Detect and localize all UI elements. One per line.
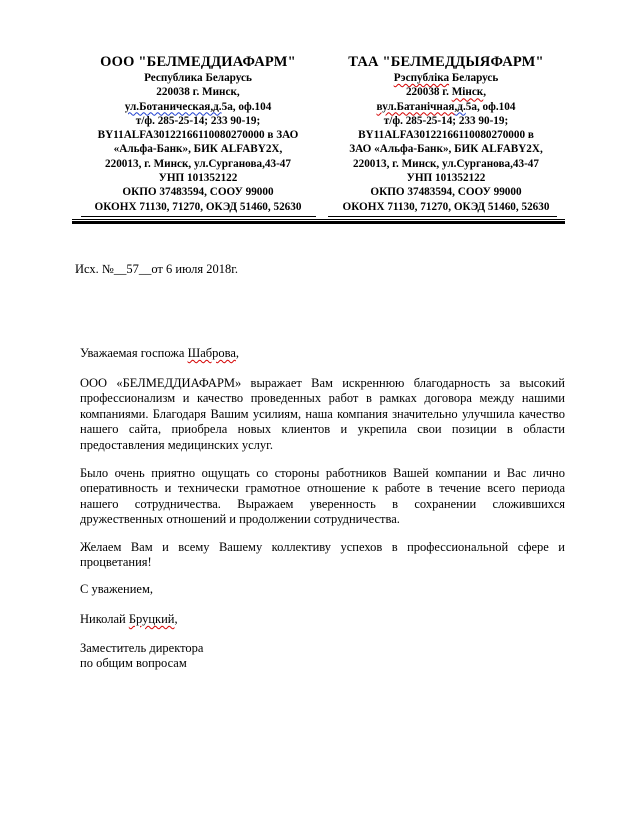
- country: Рэспубліка Беларусь: [322, 71, 570, 85]
- country-word: Рэспубліка: [394, 72, 449, 84]
- company-name-ru: ООО "БЕЛМЕДДИАФАРМ": [72, 54, 324, 71]
- bank-name: «Альфа-Банк», БИК ALFABY2X,: [72, 142, 324, 156]
- city-word: Мінск: [452, 86, 484, 98]
- paragraph-cooperation: Было очень приятно ощущать со стороны ра…: [80, 466, 565, 528]
- divider-left: [81, 216, 316, 217]
- phone: т/ф. 285-25-14; 233 90-19;: [72, 114, 324, 128]
- street-address: ул.Ботаническая,д.5а, оф.104: [72, 100, 324, 114]
- signer-name: Николай Бруцкий,: [80, 612, 565, 627]
- okonh: ОКОНХ 71130, 71270, ОКЭД 51460, 52630: [322, 200, 570, 214]
- outgoing-reference: Исх. №__57__от 6 июля 2018г.: [75, 262, 238, 277]
- position-line-2: по общим вопросам: [80, 656, 565, 671]
- street-address: вул.Батанічная,д.5а, оф.104: [322, 100, 570, 114]
- street-address-text: ул.Ботаническая,д.: [125, 101, 222, 113]
- bank-address: 220013, г. Минск, ул.Сурганова,43-47: [322, 157, 570, 171]
- country: Республика Беларусь: [72, 71, 324, 85]
- paragraph-gratitude: ООО «БЕЛМЕДДИАФАРМ» выражает Вам искренн…: [80, 376, 565, 453]
- unp: УНП 101352122: [72, 171, 324, 185]
- letterhead-right: ТАА "БЕЛМЕДДЫЯФАРМ" Рэспубліка Беларусь …: [322, 54, 570, 214]
- greeting-punct: ,: [236, 346, 239, 360]
- recipient-name: Шаброва: [188, 346, 236, 360]
- signer-last-name: Бруцкий: [129, 612, 175, 626]
- street-house: ,д.: [454, 101, 465, 113]
- signer-punct: ,: [175, 612, 178, 626]
- greeting-text: Уважаемая госпожа: [80, 346, 188, 360]
- letterhead-left: ООО "БЕЛМЕДДИАФАРМ" Республика Беларусь …: [72, 54, 324, 214]
- company-name-by: ТАА "БЕЛМЕДДЫЯФАРМ": [322, 54, 570, 71]
- bank-account: BY11ALFA30122166110080270000 в ЗАО: [72, 128, 324, 142]
- signer-first-name: Николай: [80, 612, 129, 626]
- phone: т/ф. 285-25-14; 233 90-19;: [322, 114, 570, 128]
- closing: С уважением,: [80, 582, 565, 597]
- bank-account: BY11ALFA30122166110080270000 в: [322, 128, 570, 142]
- bank-address: 220013, г. Минск, ул.Сурганова,43-47: [72, 157, 324, 171]
- okpo: ОКПО 37483594, СООУ 99000: [322, 185, 570, 199]
- signer-position: Заместитель директора по общим вопросам: [80, 641, 565, 672]
- divider-thin: [72, 219, 565, 220]
- greeting: Уважаемая госпожа Шаброва,: [80, 346, 565, 361]
- position-line-1: Заместитель директора: [80, 641, 565, 656]
- okonh: ОКОНХ 71130, 71270, ОКЭД 51460, 52630: [72, 200, 324, 214]
- city: 220038 г. Мінск,: [322, 85, 570, 99]
- okpo: ОКПО 37483594, СООУ 99000: [72, 185, 324, 199]
- paragraph-wishes: Желаем Вам и всему Вашему коллективу усп…: [80, 540, 565, 571]
- city: 220038 г. Минск,: [72, 85, 324, 99]
- divider-thick: [72, 221, 565, 224]
- unp: УНП 101352122: [322, 171, 570, 185]
- bank-name: ЗАО «Альфа-Банк», БИК ALFABY2X,: [322, 142, 570, 156]
- divider-right: [328, 216, 557, 217]
- street-word: вул.Батанічная: [377, 101, 455, 113]
